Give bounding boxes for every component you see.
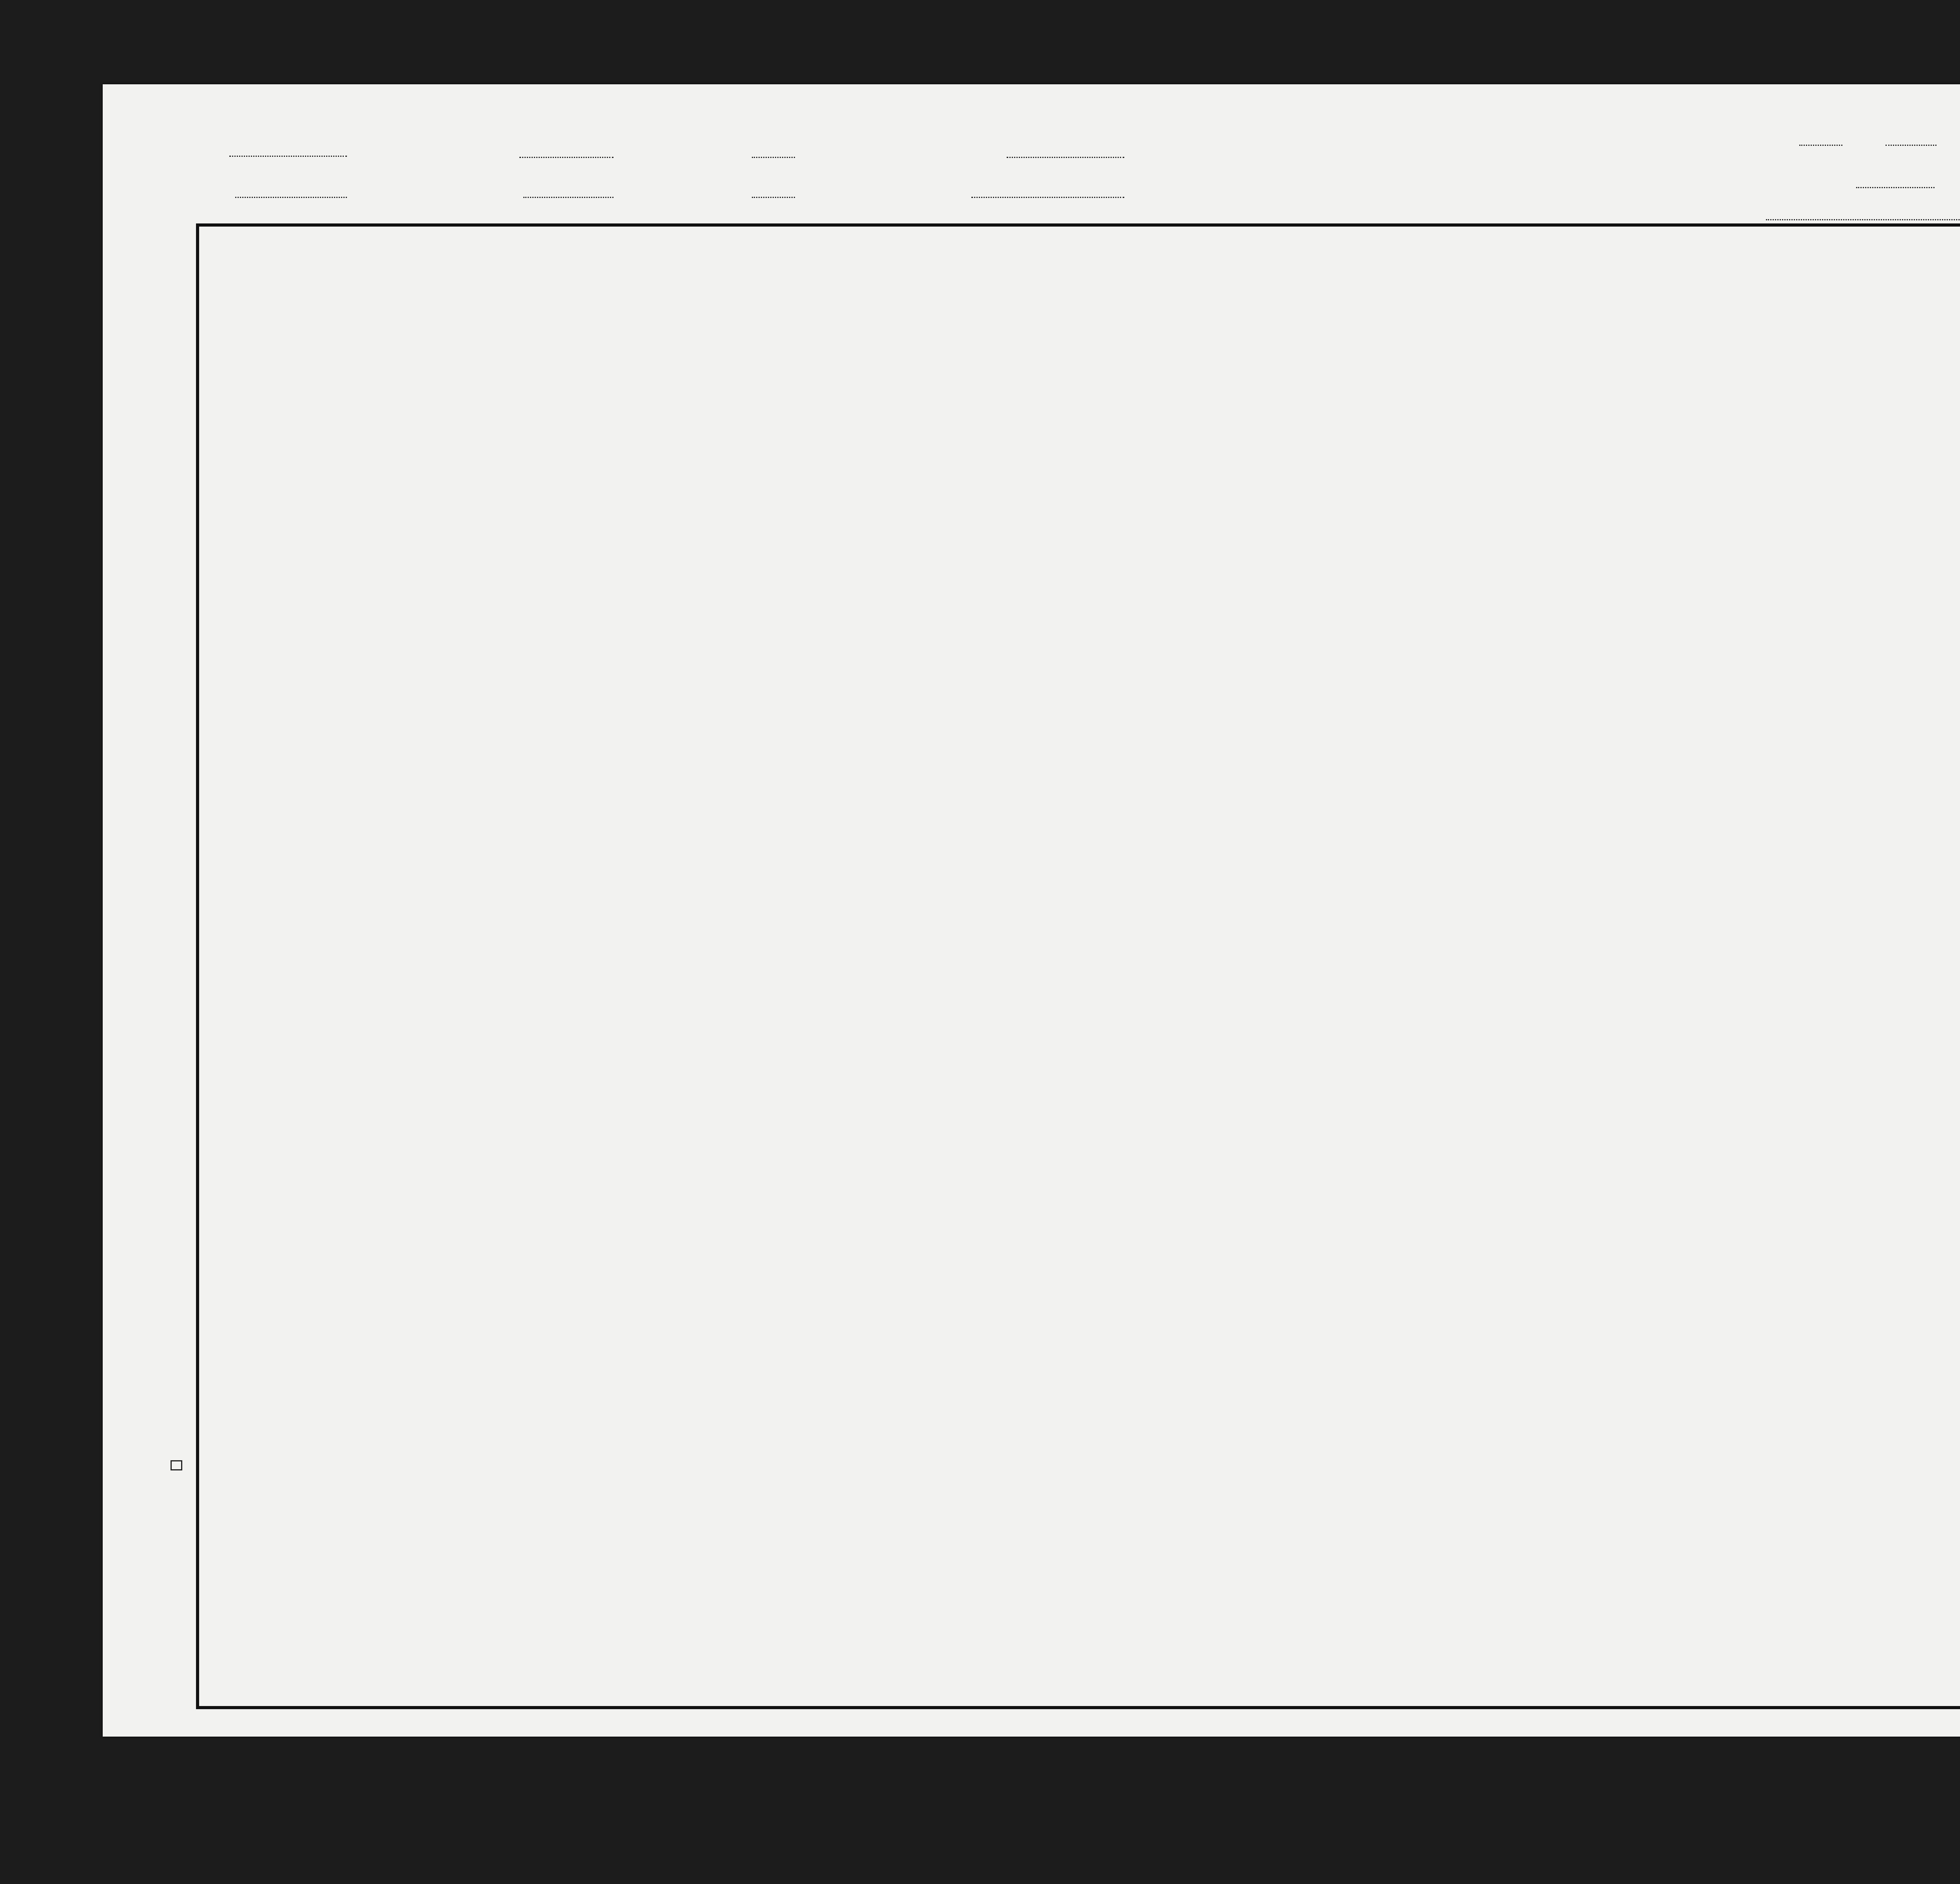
- unincorporated-line: [1007, 156, 1124, 158]
- institution-line: [971, 196, 1124, 198]
- main-table-frame: [196, 223, 1960, 1709]
- ward-line: [752, 156, 795, 158]
- enumerator-line: [1766, 218, 1960, 220]
- note-col14: [1004, 1693, 1223, 1697]
- county-line: [235, 196, 347, 198]
- note-col11: [678, 1693, 953, 1695]
- block-line: [752, 196, 795, 198]
- note-col10: [435, 1693, 655, 1696]
- sd-line: [1799, 144, 1842, 146]
- note-col5: [298, 1693, 423, 1696]
- enumerated-line: [1856, 186, 1935, 188]
- name-description: [425, 267, 635, 270]
- note-col30: [1901, 1693, 1960, 1697]
- state-line: [229, 155, 347, 157]
- ed-line: [1886, 144, 1936, 146]
- township-line: [523, 196, 613, 198]
- incorporated-line: [519, 156, 613, 158]
- note-col16: [1317, 1693, 1490, 1697]
- household-continued-checkbox[interactable]: [171, 1460, 182, 1470]
